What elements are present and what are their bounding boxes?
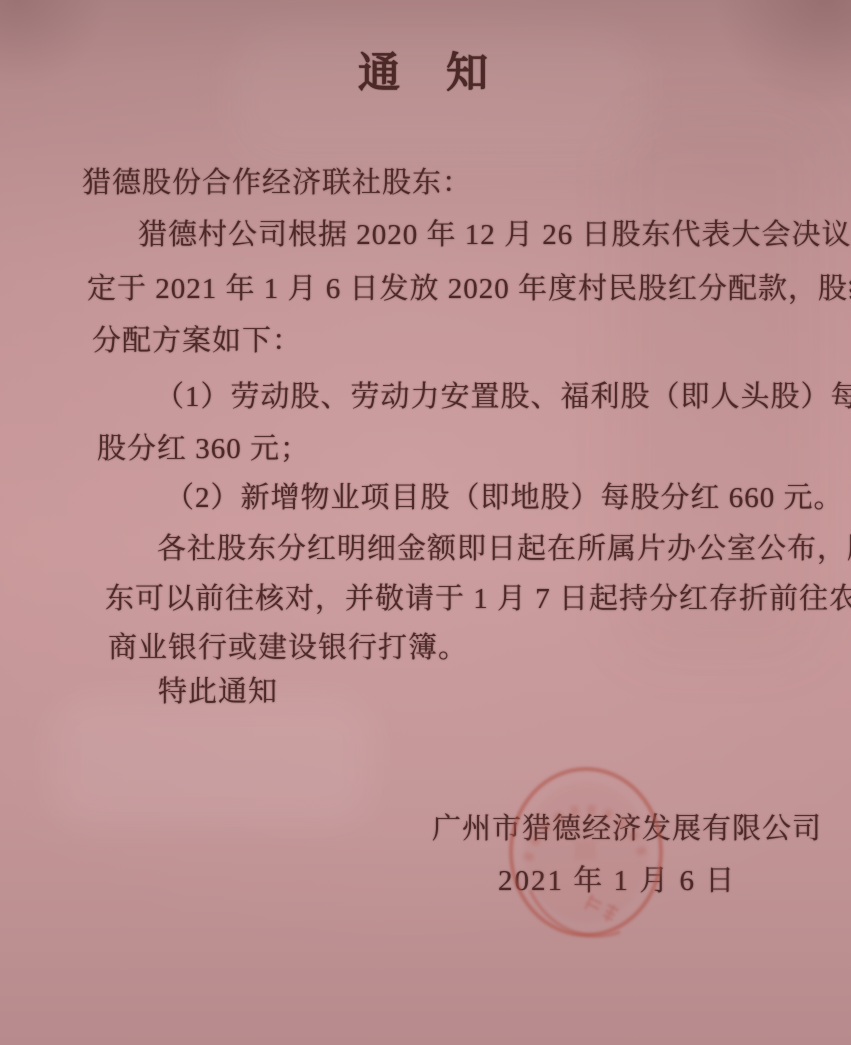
body-line: 东可以前往核对，并敬请于 1 月 7 日起持分红存折前往农村 [105,576,851,617]
body-line: 定于 2021 年 1 月 6 日发放 2020 年度村民股红分配款，股红 [87,266,851,307]
body-line: 分配方案如下： [92,318,302,359]
closing-line: 特此通知 [158,669,278,710]
item-1-line: （1）劳动股、劳动力安置股、福利股（即人头股）每 [155,374,851,415]
salutation-line: 猎德股份合作经济联社股东： [82,160,472,201]
body-line: 商业银行或建设银行打簿。 [108,625,468,666]
notice-title: 通 知 [358,40,490,100]
item-1-line: 股分红 360 元； [97,426,310,467]
item-2-line: （2）新增物业项目股（即地股）每股分红 660 元。 [165,475,844,516]
body-line: 各社股东分红明细金额即日起在所属片办公室公布，股 [157,526,851,567]
signature-date: 2021 年 1 月 6 日 [498,858,736,899]
red-circular-seal-icon [500,760,672,946]
notice-document-photo: 通 知 猎德股份合作经济联社股东： 猎德村公司根据 2020 年 12 月 26… [0,0,851,1045]
body-line: 猎德村公司根据 2020 年 12 月 26 日股东代表大会决议 [138,212,851,253]
paper-light-patch-lower-left [52,698,372,826]
signature-company: 广州市猎德经济发展有限公司 [432,806,822,847]
